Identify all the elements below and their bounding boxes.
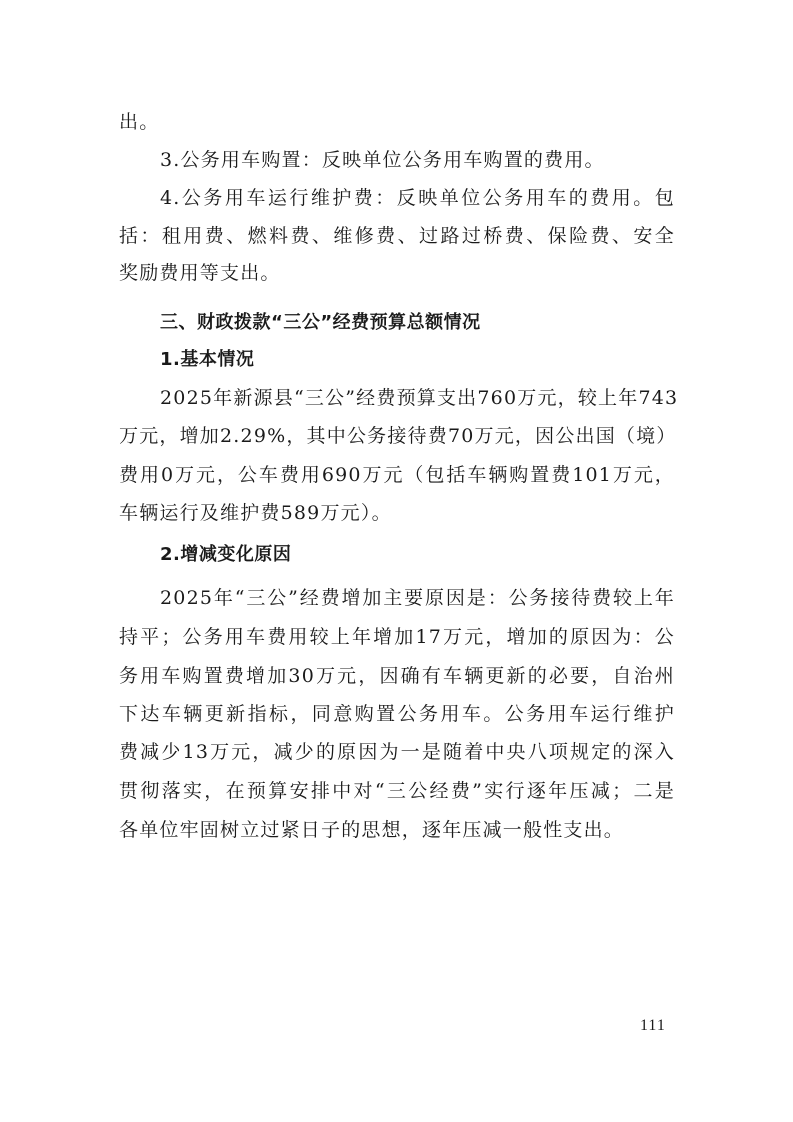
reasons-line-2: 持平；公务用车费用较上年增加17万元，增加的原因为：公 <box>119 625 675 649</box>
section-heading-3: 三、财政拨款“三公”经费预算总额情况 <box>160 311 675 335</box>
subheading-change-reasons: 2.增减变化原因 <box>160 543 675 567</box>
item-3-vehicle-purchase: 3.公务用车购置：反映单位公务用车购置的费用。 <box>160 148 675 172</box>
reasons-line-4: 下达车辆更新指标，同意购置公务用车。公务用车运行维护 <box>119 702 675 726</box>
basic-line-4: 车辆运行及维护费589万元）。 <box>119 501 675 525</box>
item-4-line-3: 奖励费用等支出。 <box>119 261 675 285</box>
reasons-line-5: 费减少13万元，减少的原因为一是随着中央八项规定的深入 <box>119 740 675 764</box>
item-4-line-1: 4.公务用车运行维护费：反映单位公务用车的费用。包 <box>160 186 675 210</box>
basic-line-3: 费用0万元，公车费用690万元（包括车辆购置费101万元， <box>119 463 675 487</box>
reasons-line-6: 贯彻落实，在预算安排中对“三公经费”实行逐年压减；二是 <box>119 779 675 803</box>
reasons-line-3: 务用车购置费增加30万元，因确有车辆更新的必要，自治州 <box>119 664 675 688</box>
item-4-line-2: 括：租用费、燃料费、维修费、过路过桥费、保险费、安全 <box>119 224 675 248</box>
paragraph-continuation: 出。 <box>119 110 675 134</box>
reasons-line-7: 各单位牢固树立过紧日子的思想，逐年压减一般性支出。 <box>119 818 675 842</box>
reasons-line-1: 2025年“三公”经费增加主要原因是：公务接待费较上年 <box>160 586 675 610</box>
basic-line-1: 2025年新源县“三公”经费预算支出760万元，较上年743 <box>160 386 675 410</box>
page-number: 111 <box>640 1017 666 1035</box>
subheading-basic-situation: 1.基本情况 <box>160 348 675 372</box>
basic-line-2: 万元，增加2.29%，其中公务接待费70万元，因公出国（境） <box>119 424 675 448</box>
